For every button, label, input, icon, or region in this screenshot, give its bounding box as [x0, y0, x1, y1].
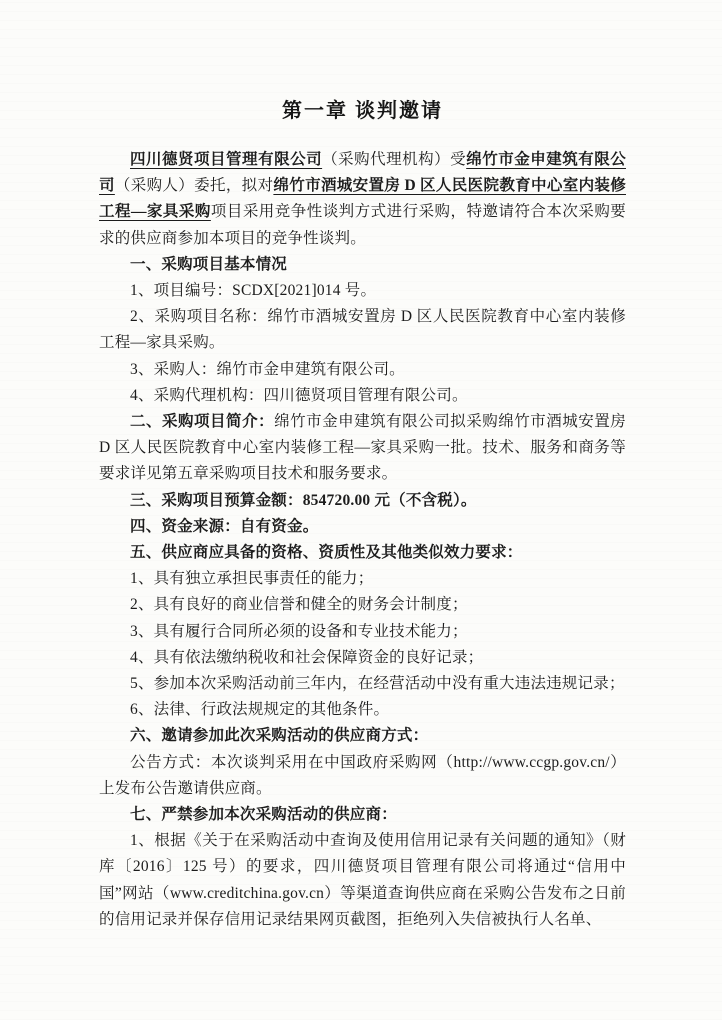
section5-heading: 五、供应商应具备的资格、资质性及其他类似效力要求： [99, 540, 626, 566]
intro-paragraph: 四川德贤项目管理有限公司（采购代理机构）受绵竹市金申建筑有限公司（采购人）委托，… [99, 147, 626, 252]
agency-name: 四川德贤项目管理有限公司 [130, 151, 322, 168]
section1-item-purchaser: 3、采购人：绵竹市金申建筑有限公司。 [99, 357, 626, 383]
funding-source: 自有资金。 [240, 518, 319, 535]
budget-amount: 854720.00 元（不含税）。 [303, 492, 477, 509]
section7-heading: 七、严禁参加本次采购活动的供应商： [99, 802, 626, 828]
section5-item-6: 6、法律、行政法规规定的其他条件。 [99, 697, 626, 723]
section3-heading: 三、采购项目预算金额：854720.00 元（不含税）。 [99, 488, 626, 514]
section6-heading: 六、邀请参加此次采购活动的供应商方式： [99, 723, 626, 749]
section3-label: 三、采购项目预算金额： [130, 492, 303, 509]
intro-text-2: （采购人）委托，拟对 [115, 177, 274, 194]
section2-heading: 二、采购项目简介： [130, 413, 274, 430]
chapter-title: 第一章 谈判邀请 [99, 94, 626, 123]
intro-text-1: （采购代理机构）受 [322, 151, 466, 168]
section6-body: 公告方式：本次谈判采用在中国政府采购网（http://www.ccgp.gov.… [99, 750, 626, 802]
section2-paragraph: 二、采购项目简介：绵竹市金申建筑有限公司拟采购绵竹市酒城安置房 D 区人民医院教… [99, 409, 626, 488]
section5-item-4: 4、具有依法缴纳税收和社会保障资金的良好记录； [99, 645, 626, 671]
section1-item-project-name: 2、采购项目名称：绵竹市酒城安置房 D 区人民医院教育中心室内装修工程—家具采购… [99, 304, 626, 356]
section5-item-2: 2、具有良好的商业信誉和健全的财务会计制度； [99, 592, 626, 618]
document-content: 第一章 谈判邀请 四川德贤项目管理有限公司（采购代理机构）受绵竹市金申建筑有限公… [99, 94, 626, 933]
section4-label: 四、资金来源： [130, 518, 240, 535]
section5-item-1: 1、具有独立承担民事责任的能力； [99, 566, 626, 592]
scanned-document-page: 第一章 谈判邀请 四川德贤项目管理有限公司（采购代理机构）受绵竹市金申建筑有限公… [0, 0, 722, 1020]
section1-item-agency: 4、采购代理机构：四川德贤项目管理有限公司。 [99, 383, 626, 409]
section5-item-3: 3、具有履行合同所必须的设备和专业技术能力； [99, 619, 626, 645]
section4-heading: 四、资金来源：自有资金。 [99, 514, 626, 540]
section1-heading: 一、采购项目基本情况 [99, 252, 626, 278]
section7-item-1: 1、根据《关于在采购活动中查询及使用信用记录有关问题的通知》（财库〔2016〕1… [99, 828, 626, 933]
section5-item-5: 5、参加本次采购活动前三年内，在经营活动中没有重大违法违规记录； [99, 671, 626, 697]
section1-item-project-number: 1、项目编号：SCDX[2021]014 号。 [99, 278, 626, 304]
